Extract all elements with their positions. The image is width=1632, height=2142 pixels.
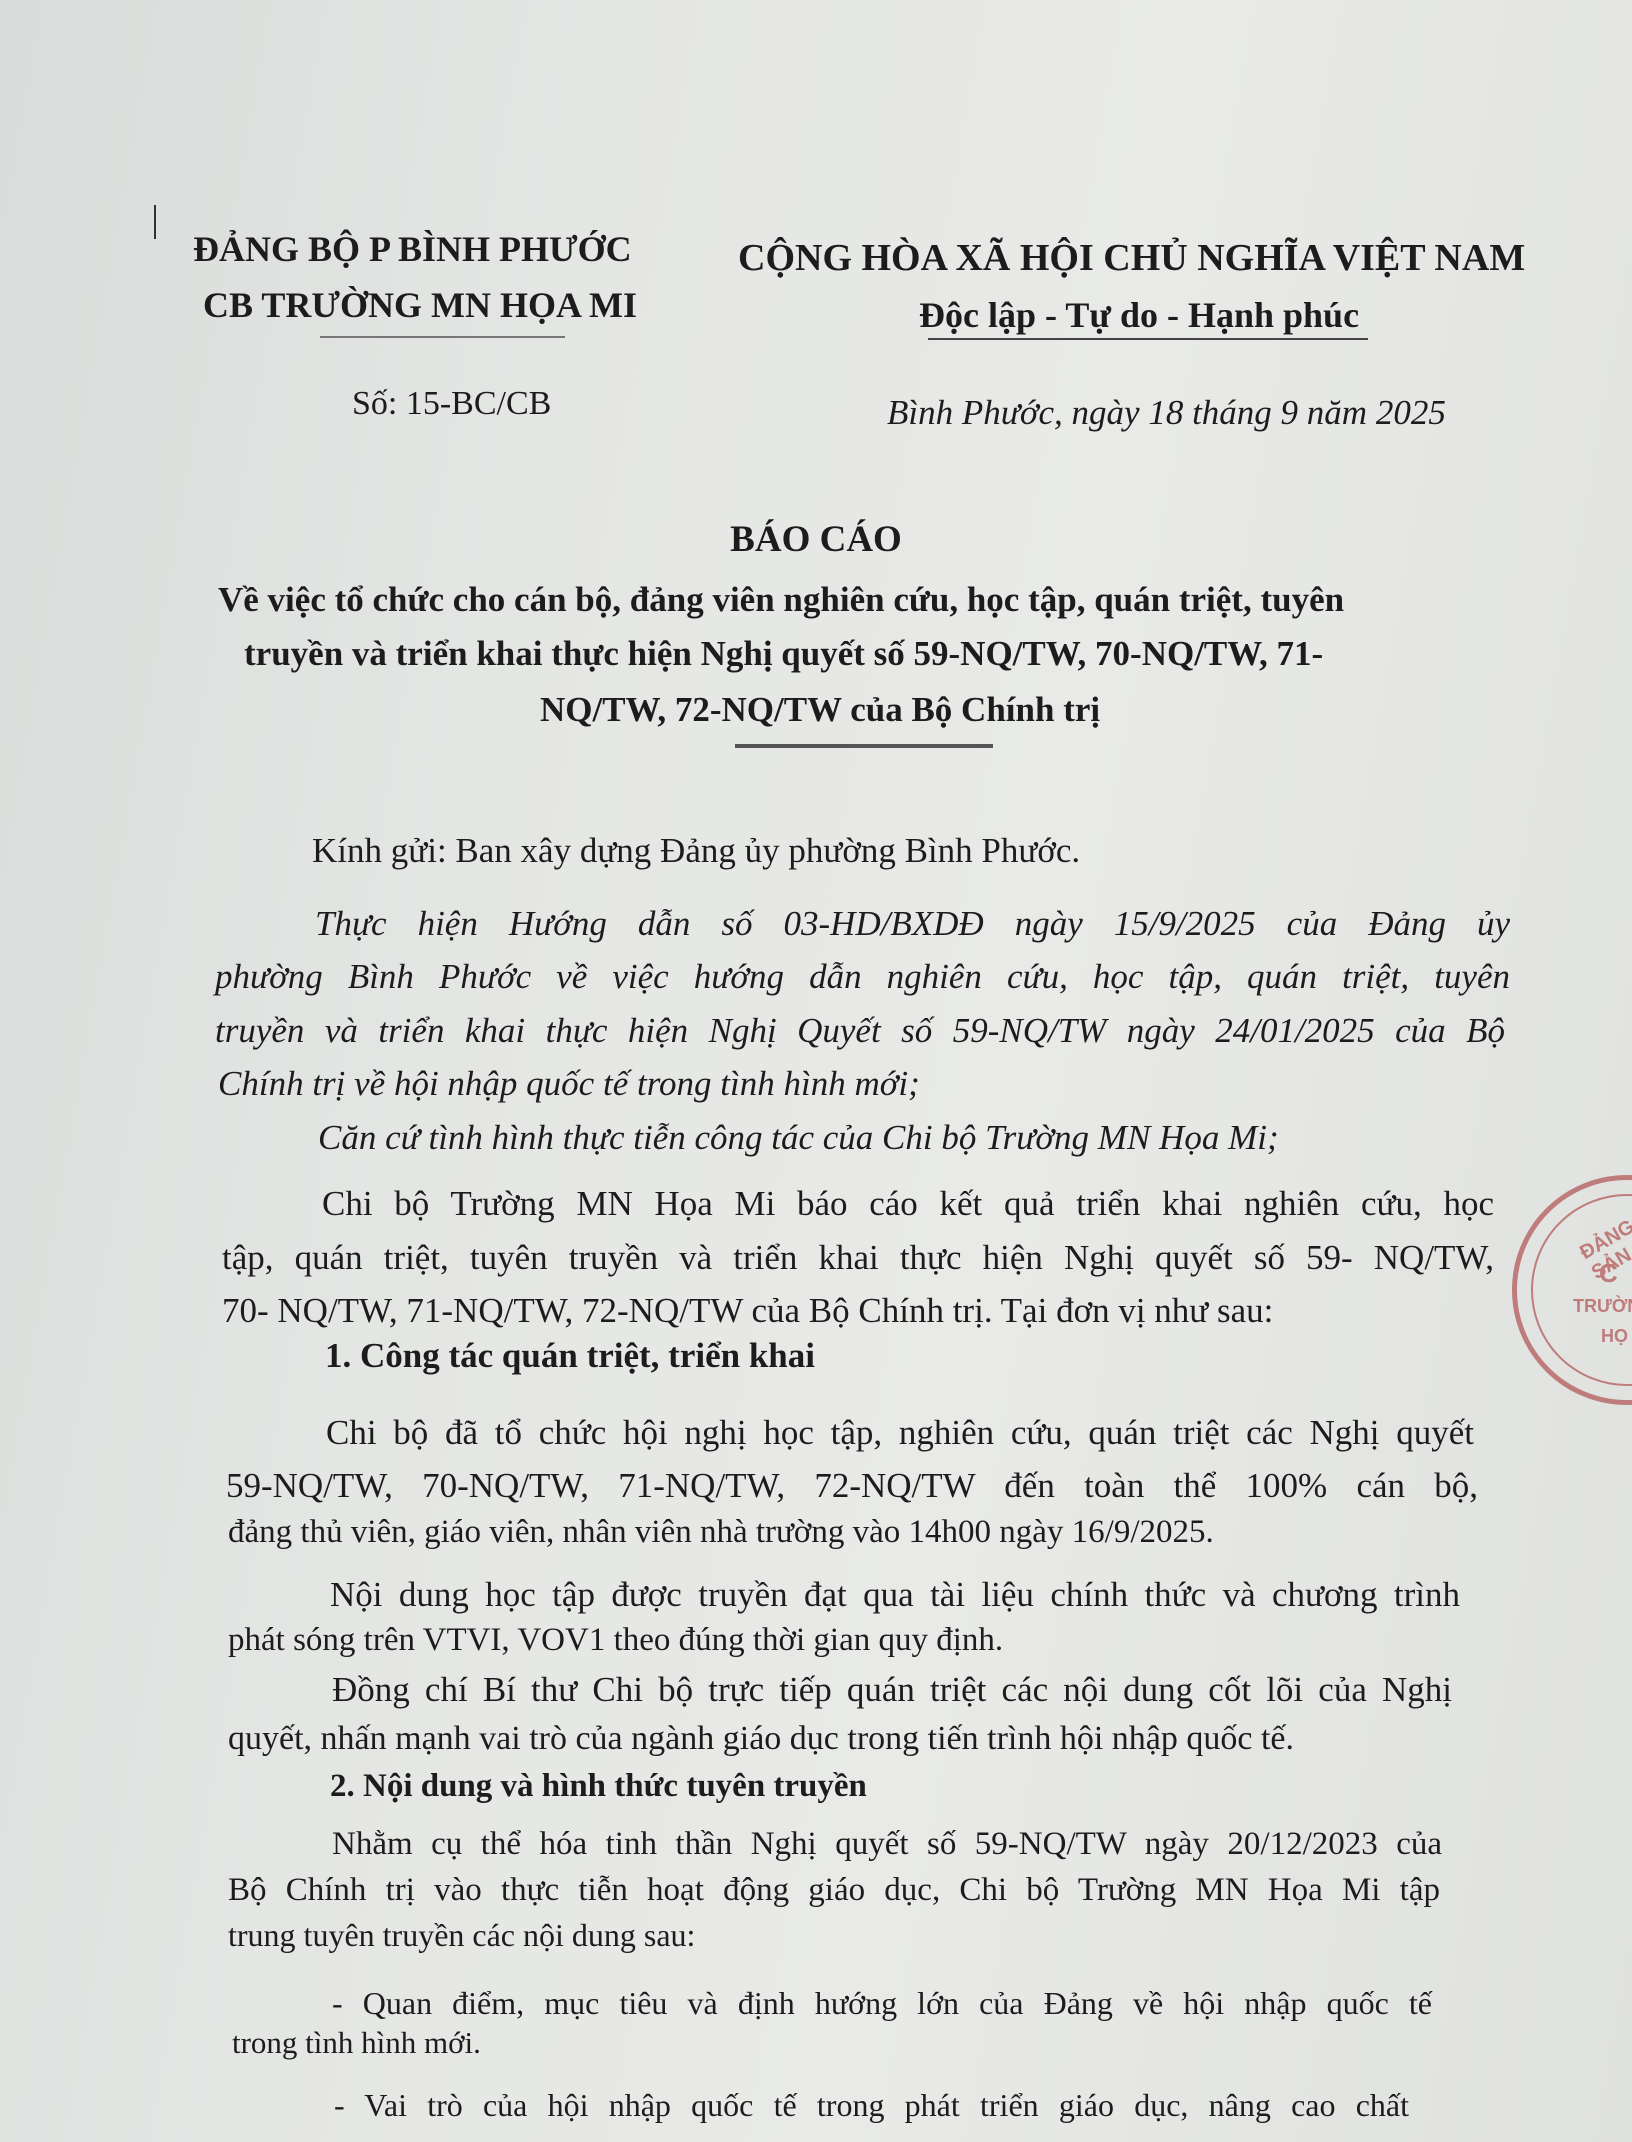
bullet-2-line-1: - Vai trò của hội nhập quốc tế trong phá… <box>334 2087 1409 2124</box>
paragraph-3-line-1: Chi bộ Trường MN Họa Mi báo cáo kết quả … <box>322 1184 1494 1224</box>
report-subtitle-line-1: Về việc tổ chức cho cán bộ, đảng viên ng… <box>218 580 1518 620</box>
paragraph-4-line-3: đảng thủ viên, giáo viên, nhân viên nhà … <box>228 1514 1214 1551</box>
paragraph-1-line-4: Chính trị về hội nhập quốc tế trong tình… <box>218 1064 920 1104</box>
text-cursor <box>154 205 156 239</box>
header-left-underline <box>320 336 565 338</box>
paragraph-3-line-2: tập, quán triệt, tuyên truyền và triển k… <box>222 1238 1494 1278</box>
paragraph-3-line-3: 70- NQ/TW, 71-NQ/TW, 72-NQ/TW của Bộ Chí… <box>222 1291 1273 1331</box>
paragraph-1-line-2: phường Bình Phước về việc hướng dẫn nghi… <box>215 957 1510 997</box>
paragraph-6-line-2: quyết, nhấn mạnh vai trò của ngành giáo … <box>228 1720 1294 1758</box>
stamp-inner-line-2: TRƯỜN <box>1573 1296 1632 1317</box>
party-committee-name: ĐẢNG BỘ P BÌNH PHƯỚC <box>193 228 632 270</box>
document-page: ĐẢNG BỘ P BÌNH PHƯỚC CB TRƯỜNG MN HỌA MI… <box>0 0 1632 2142</box>
recipient: Kính gửi: Ban xây dựng Đảng ủy phường Bì… <box>312 831 1080 871</box>
paragraph-7-line-2: Bộ Chính trị vào thực tiễn hoạt động giá… <box>228 1872 1440 1909</box>
paragraph-2-line-1: Căn cứ tình hình thực tiễn công tác của … <box>318 1118 1279 1158</box>
report-heading: BÁO CÁO <box>0 518 1632 561</box>
paragraph-4-line-2: 59-NQ/TW, 70-NQ/TW, 71-NQ/TW, 72-NQ/TW đ… <box>226 1466 1478 1506</box>
paragraph-1-line-1: Thực hiện Hướng dẫn số 03-HD/BXDĐ ngày 1… <box>315 904 1510 944</box>
paragraph-7-line-3: trung tuyên truyền các nội dung sau: <box>228 1917 695 1954</box>
motto-underline <box>928 338 1368 340</box>
bullet-1-line-2: trong tình hình mới. <box>232 2025 481 2061</box>
report-subtitle-line-2: truyền và triển khai thực hiện Nghị quyế… <box>244 634 1524 674</box>
paragraph-7-line-1: Nhằm cụ thể hóa tinh thần Nghị quyết số … <box>332 1826 1442 1863</box>
document-date: Bình Phước, ngày 18 tháng 9 năm 2025 <box>887 393 1446 433</box>
official-stamp: ĐẢNG CỘNG SẢN C TRƯỜN HỌ <box>1512 1175 1632 1405</box>
report-subtitle-line-3: NQ/TW, 72-NQ/TW của Bộ Chính trị <box>540 690 1100 730</box>
paragraph-4-line-1: Chi bộ đã tổ chức hội nghị học tập, nghi… <box>326 1413 1474 1453</box>
stamp-inner-line-3: HỌ <box>1601 1326 1628 1347</box>
section-1-heading: 1. Công tác quán triệt, triển khai <box>325 1336 815 1376</box>
branch-name: CB TRƯỜNG MN HỌA MI <box>203 284 637 326</box>
stamp-inner-line-1: C <box>1599 1258 1618 1289</box>
country-name: CỘNG HÒA XÃ HỘI CHỦ NGHĨA VIỆT NAM <box>738 236 1525 280</box>
document-number: Số: 15-BC/CB <box>352 385 551 423</box>
paragraph-1-line-3: truyền và triển khai thực hiện Nghị Quyế… <box>215 1011 1505 1051</box>
paragraph-5-line-1: Nội dung học tập được truyền đạt qua tài… <box>330 1575 1460 1615</box>
paragraph-6-line-1: Đồng chí Bí thư Chi bộ trực tiếp quán tr… <box>332 1670 1452 1710</box>
bullet-1-line-1: - Quan điểm, mục tiêu và định hướng lớn … <box>332 1985 1432 2022</box>
title-underline <box>735 744 993 748</box>
section-2-heading: 2. Nội dung và hình thức tuyên truyền <box>330 1768 867 1805</box>
paragraph-5-line-2: phát sóng trên VTVI, VOV1 theo đúng thời… <box>228 1622 1003 1659</box>
national-motto: Độc lập - Tự do - Hạnh phúc <box>919 294 1359 336</box>
